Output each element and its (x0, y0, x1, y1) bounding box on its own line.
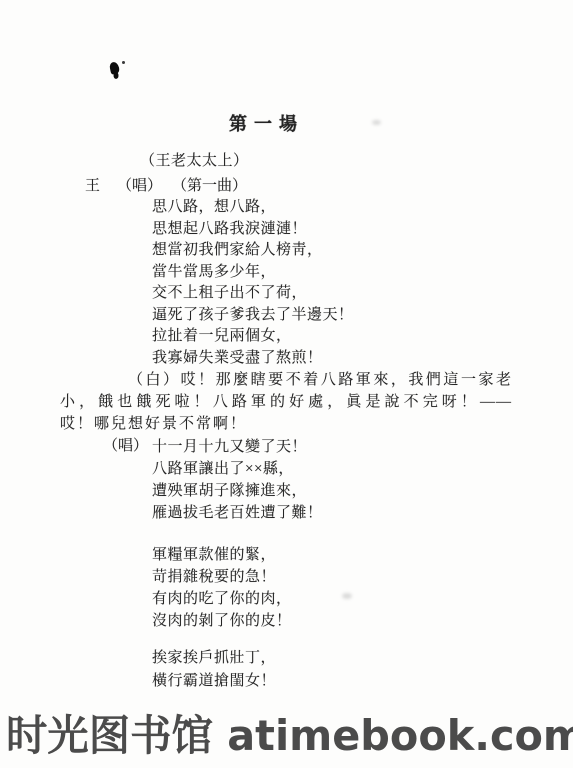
ink-dot-mark (122, 61, 125, 64)
verse-line: 思八路，想八路， (152, 197, 354, 219)
speech-line: 小，餓也餓死啦！八路軍的好處，眞是說不完呀！—— (60, 390, 512, 412)
song-number: （第一曲） (172, 176, 247, 198)
verse-line: 沒肉的剝了你的皮！ (152, 610, 292, 632)
verse-line: 交不上租子出不了荷， (152, 283, 354, 305)
verse-block-3: 軍糧軍款催的緊， 苛捐雜稅要的急！ 有肉的吃了你的肉， 沒肉的剝了你的皮！ (152, 544, 292, 632)
verse-line: 思想起八路我淚漣漣！ (152, 219, 354, 241)
verse-block-4: 挨家挨戶抓壯丁， 橫行霸道搶閨女！ (152, 647, 276, 692)
verse-line: 苛捐雜稅要的急！ (152, 566, 292, 588)
speaker-name: 王 (85, 176, 100, 198)
verse-line: 挨家挨戶抓壯丁， (152, 647, 276, 670)
verse-line: 橫行霸道搶閨女！ (152, 670, 276, 693)
verse-line: 軍糧軍款催的緊， (152, 544, 292, 566)
verse-line: 逼死了孩子爹我去了半邊天！ (152, 305, 354, 327)
speech-line: 哎！哪兒想好景不常啊！ (60, 412, 247, 433)
verse-line: 十一月十九又變了天！ (152, 436, 323, 458)
verse-line: 有肉的吃了你的肉， (152, 588, 292, 610)
sing-cue: （唱） (117, 176, 162, 198)
verse-line: 想當初我們家給人榜靑， (152, 240, 354, 262)
verse-block-1: 思八路，想八路， 思想起八路我淚漣漣！ 想當初我們家給人榜靑， 當牛當馬多少年，… (152, 197, 354, 369)
speech-line: （白）哎！那麼瞎要不着八路軍來，我們這一家老 (128, 368, 512, 390)
scene-title: 第一場 (229, 114, 304, 136)
verse-block-2: 十一月十九又變了天！ 八路軍讓出了××縣， 遭殃軍胡子隊擁進來， 雁過拔毛老百姓… (152, 436, 323, 524)
verse-line: 雁過拔毛老百姓遭了難！ (152, 502, 323, 524)
verse-line: 我寡婦失業受盡了熬煎！ (152, 348, 354, 370)
book-page-scan: 第一場 （王老太太上） 王 （唱） （第一曲） 思八路，想八路， 思想起八路我淚… (0, 0, 573, 768)
verse-line: 八路軍讓出了××縣， (152, 458, 323, 480)
watermark-text: 时光图书馆 atimebook.com (6, 703, 573, 763)
scan-smudge (372, 120, 381, 125)
verse-line: 當牛當馬多少年， (152, 262, 354, 284)
verse-line: 拉扯着一兒兩個女， (152, 326, 354, 348)
stage-direction: （王老太太上） (140, 151, 249, 173)
scan-smudge (342, 593, 352, 599)
ink-blot-mark (109, 61, 120, 75)
sing-cue: （唱） (103, 436, 148, 458)
verse-line: 遭殃軍胡子隊擁進來， (152, 480, 323, 502)
